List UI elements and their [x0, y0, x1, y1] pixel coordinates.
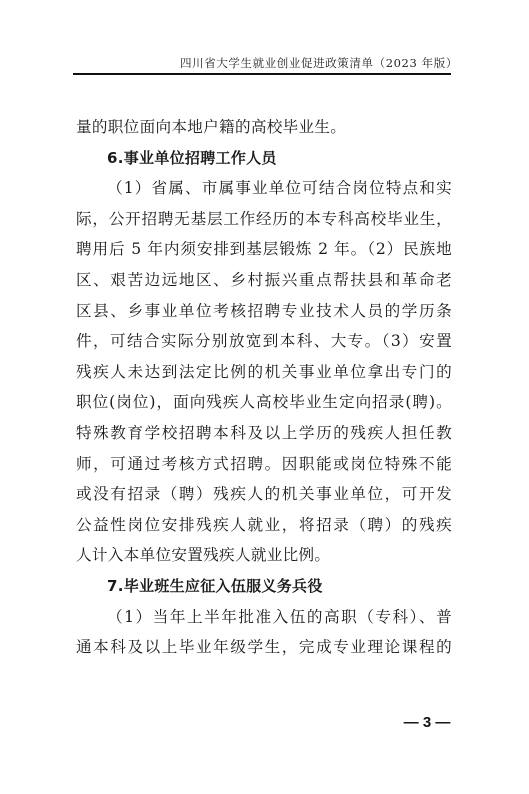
- document-header-title: 四川省大学生就业创业促进政策清单（2023 年版）: [180, 55, 452, 71]
- page-number: — 3 —: [395, 714, 459, 731]
- body-line: （1）当年上半年批准入伍的高职（专科）、普: [76, 602, 452, 633]
- body-line: 特殊教育学校招聘本科及以上学历的残疾人担任教: [76, 418, 452, 449]
- document-body: 量的职位面向本地户籍的高校毕业生。 6.事业单位招聘工作人员 （1）省属、市属事…: [76, 112, 452, 663]
- body-line: 聘用后 5 年内须安排到基层锻炼 2 年。（2）民族地: [76, 234, 452, 265]
- body-line: 职位(岗位)，面向残疾人高校毕业生定向招录(聘)。: [76, 387, 452, 418]
- header-divider: [73, 73, 451, 75]
- section-heading-6: 6.事业单位招聘工作人员: [76, 143, 452, 174]
- body-line: 公益性岗位安排残疾人就业，将招录（聘）的残疾: [76, 510, 452, 541]
- body-line: 量的职位面向本地户籍的高校毕业生。: [76, 112, 452, 143]
- body-line: 师，可通过考核方式招聘。因职能或岗位特殊不能: [76, 449, 452, 480]
- body-line: 际，公开招聘无基层工作经历的本专科高校毕业生，: [76, 204, 452, 235]
- body-line: 或没有招录（聘）残疾人的机关事业单位，可开发: [76, 479, 452, 510]
- section-heading-7: 7.毕业班生应征入伍服义务兵役: [76, 571, 452, 602]
- body-line: 区县、乡事业单位考核招聘专业技术人员的学历条: [76, 296, 452, 327]
- body-line: 件，可结合实际分别放宽到本科、大专。（3）安置: [76, 326, 452, 357]
- body-line: 残疾人未达到法定比例的机关事业单位拿出专门的: [76, 357, 452, 388]
- body-line: （1）省属、市属事业单位可结合岗位特点和实: [76, 173, 452, 204]
- body-line: 区、艰苦边远地区、乡村振兴重点帮扶县和革命老: [76, 265, 452, 296]
- body-line: 人计入本单位安置残疾人就业比例。: [76, 540, 452, 571]
- body-line: 通本科及以上毕业年级学生，完成专业理论课程的: [76, 632, 452, 663]
